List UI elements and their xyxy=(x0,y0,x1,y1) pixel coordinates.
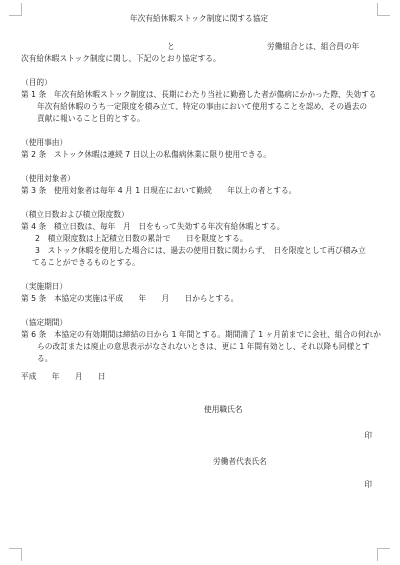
employer-seal-mark: 印 xyxy=(21,430,377,442)
text-boundary-mark-bottom-right xyxy=(377,548,390,561)
worker-representative-signature-label: 労働者代表氏名 xyxy=(21,456,377,468)
intro-line: と 労働組合とは、組合員の年 xyxy=(21,41,377,53)
section-purpose: （目的） 第 1 条 年次有給休暇ストック制度は、長期にわたり当社に勤務した者が… xyxy=(21,77,377,125)
section-accumulation: （積立日数および積立限度数） 第 4 条 積立日数は、毎年 月 日をもって失効す… xyxy=(21,209,377,269)
article-line: 第 4 条 積立日数は、毎年 月 日をもって失効する年次有給休暇とする。 xyxy=(21,221,377,233)
article-line: 第 5 条 本協定の実施は平成 年 月 日からとする。 xyxy=(21,293,377,305)
article-line: 貢献に報いること目的とする。 xyxy=(21,113,377,125)
section-heading: （使用事由） xyxy=(21,137,377,149)
article-line: 第 6 条 本協定の有効期間は締結の日から 1 年間とする。期間満了 1 ヶ月前… xyxy=(21,329,377,341)
section-eligible-persons: （使用対象者） 第 3 条 使用対象者は毎年 4 月 1 日現在において勤続 年… xyxy=(21,173,377,197)
article-line: 第 1 条 年次有給休暇ストック制度は、長期にわたり当社に勤務した者が傷病にかか… xyxy=(21,89,377,101)
intro-line: 次有給休暇ストック制度に関し、下記のとおり協定する。 xyxy=(21,53,377,65)
worker-representative-seal-mark: 印 xyxy=(21,479,377,491)
employer-signature-label: 使用職氏名 xyxy=(21,404,377,416)
date-fill-in-line: 平成 年 月 日 xyxy=(21,371,377,383)
article-line: 第 2 条 ストック休暇は連続 7 日以上の私傷病休業に限り使用できる。 xyxy=(21,149,377,161)
document-page: 年次有給休暇ストック制度に関する協定 と 労働組合とは、組合員の年 次有給休暇ス… xyxy=(0,0,400,565)
section-use-reason: （使用事由） 第 2 条 ストック休暇は連続 7 日以上の私傷病休業に限り使用で… xyxy=(21,137,377,161)
text-boundary-mark-top-right xyxy=(377,3,390,16)
article-line: てることができるものとする。 xyxy=(21,257,377,269)
section-agreement-term: （協定期間） 第 6 条 本協定の有効期間は締結の日から 1 年間とする。期間満… xyxy=(21,317,377,365)
article-line: らの改訂または廃止の意思表示がなされないときは、更に 1 年間有効とし、それ以降… xyxy=(21,341,377,353)
document-body: 年次有給休暇ストック制度に関する協定 と 労働組合とは、組合員の年 次有給休暇ス… xyxy=(21,13,377,491)
article-subitem: 2 積立限度数は上記積立日数の累計で 日を限度とする。 xyxy=(21,233,377,245)
article-line: 第 3 条 使用対象者は毎年 4 月 1 日現在において勤続 年以上の者とする。 xyxy=(21,185,377,197)
section-effective-date: （実施期日） 第 5 条 本協定の実施は平成 年 月 日からとする。 xyxy=(21,281,377,305)
section-heading: （実施期日） xyxy=(21,281,377,293)
section-heading: （積立日数および積立限度数） xyxy=(21,209,377,221)
document-title: 年次有給休暇ストック制度に関する協定 xyxy=(21,13,377,25)
date-line-block: 平成 年 月 日 xyxy=(21,371,377,383)
section-heading: （目的） xyxy=(21,77,377,89)
article-line: 年次有給休暇のうち一定限度を積み立て、特定の事由において使用することを認め、その… xyxy=(21,101,377,113)
section-heading: （協定期間） xyxy=(21,317,377,329)
article-subitem: 3 ストック休暇を使用した場合には、過去の使用日数に関わらず、 日を限度として再… xyxy=(21,245,377,257)
text-boundary-mark-bottom-left xyxy=(9,548,22,561)
section-heading: （使用対象者） xyxy=(21,173,377,185)
article-line: る。 xyxy=(21,353,377,365)
intro-paragraph: と 労働組合とは、組合員の年 次有給休暇ストック制度に関し、下記のとおり協定する… xyxy=(21,41,377,65)
